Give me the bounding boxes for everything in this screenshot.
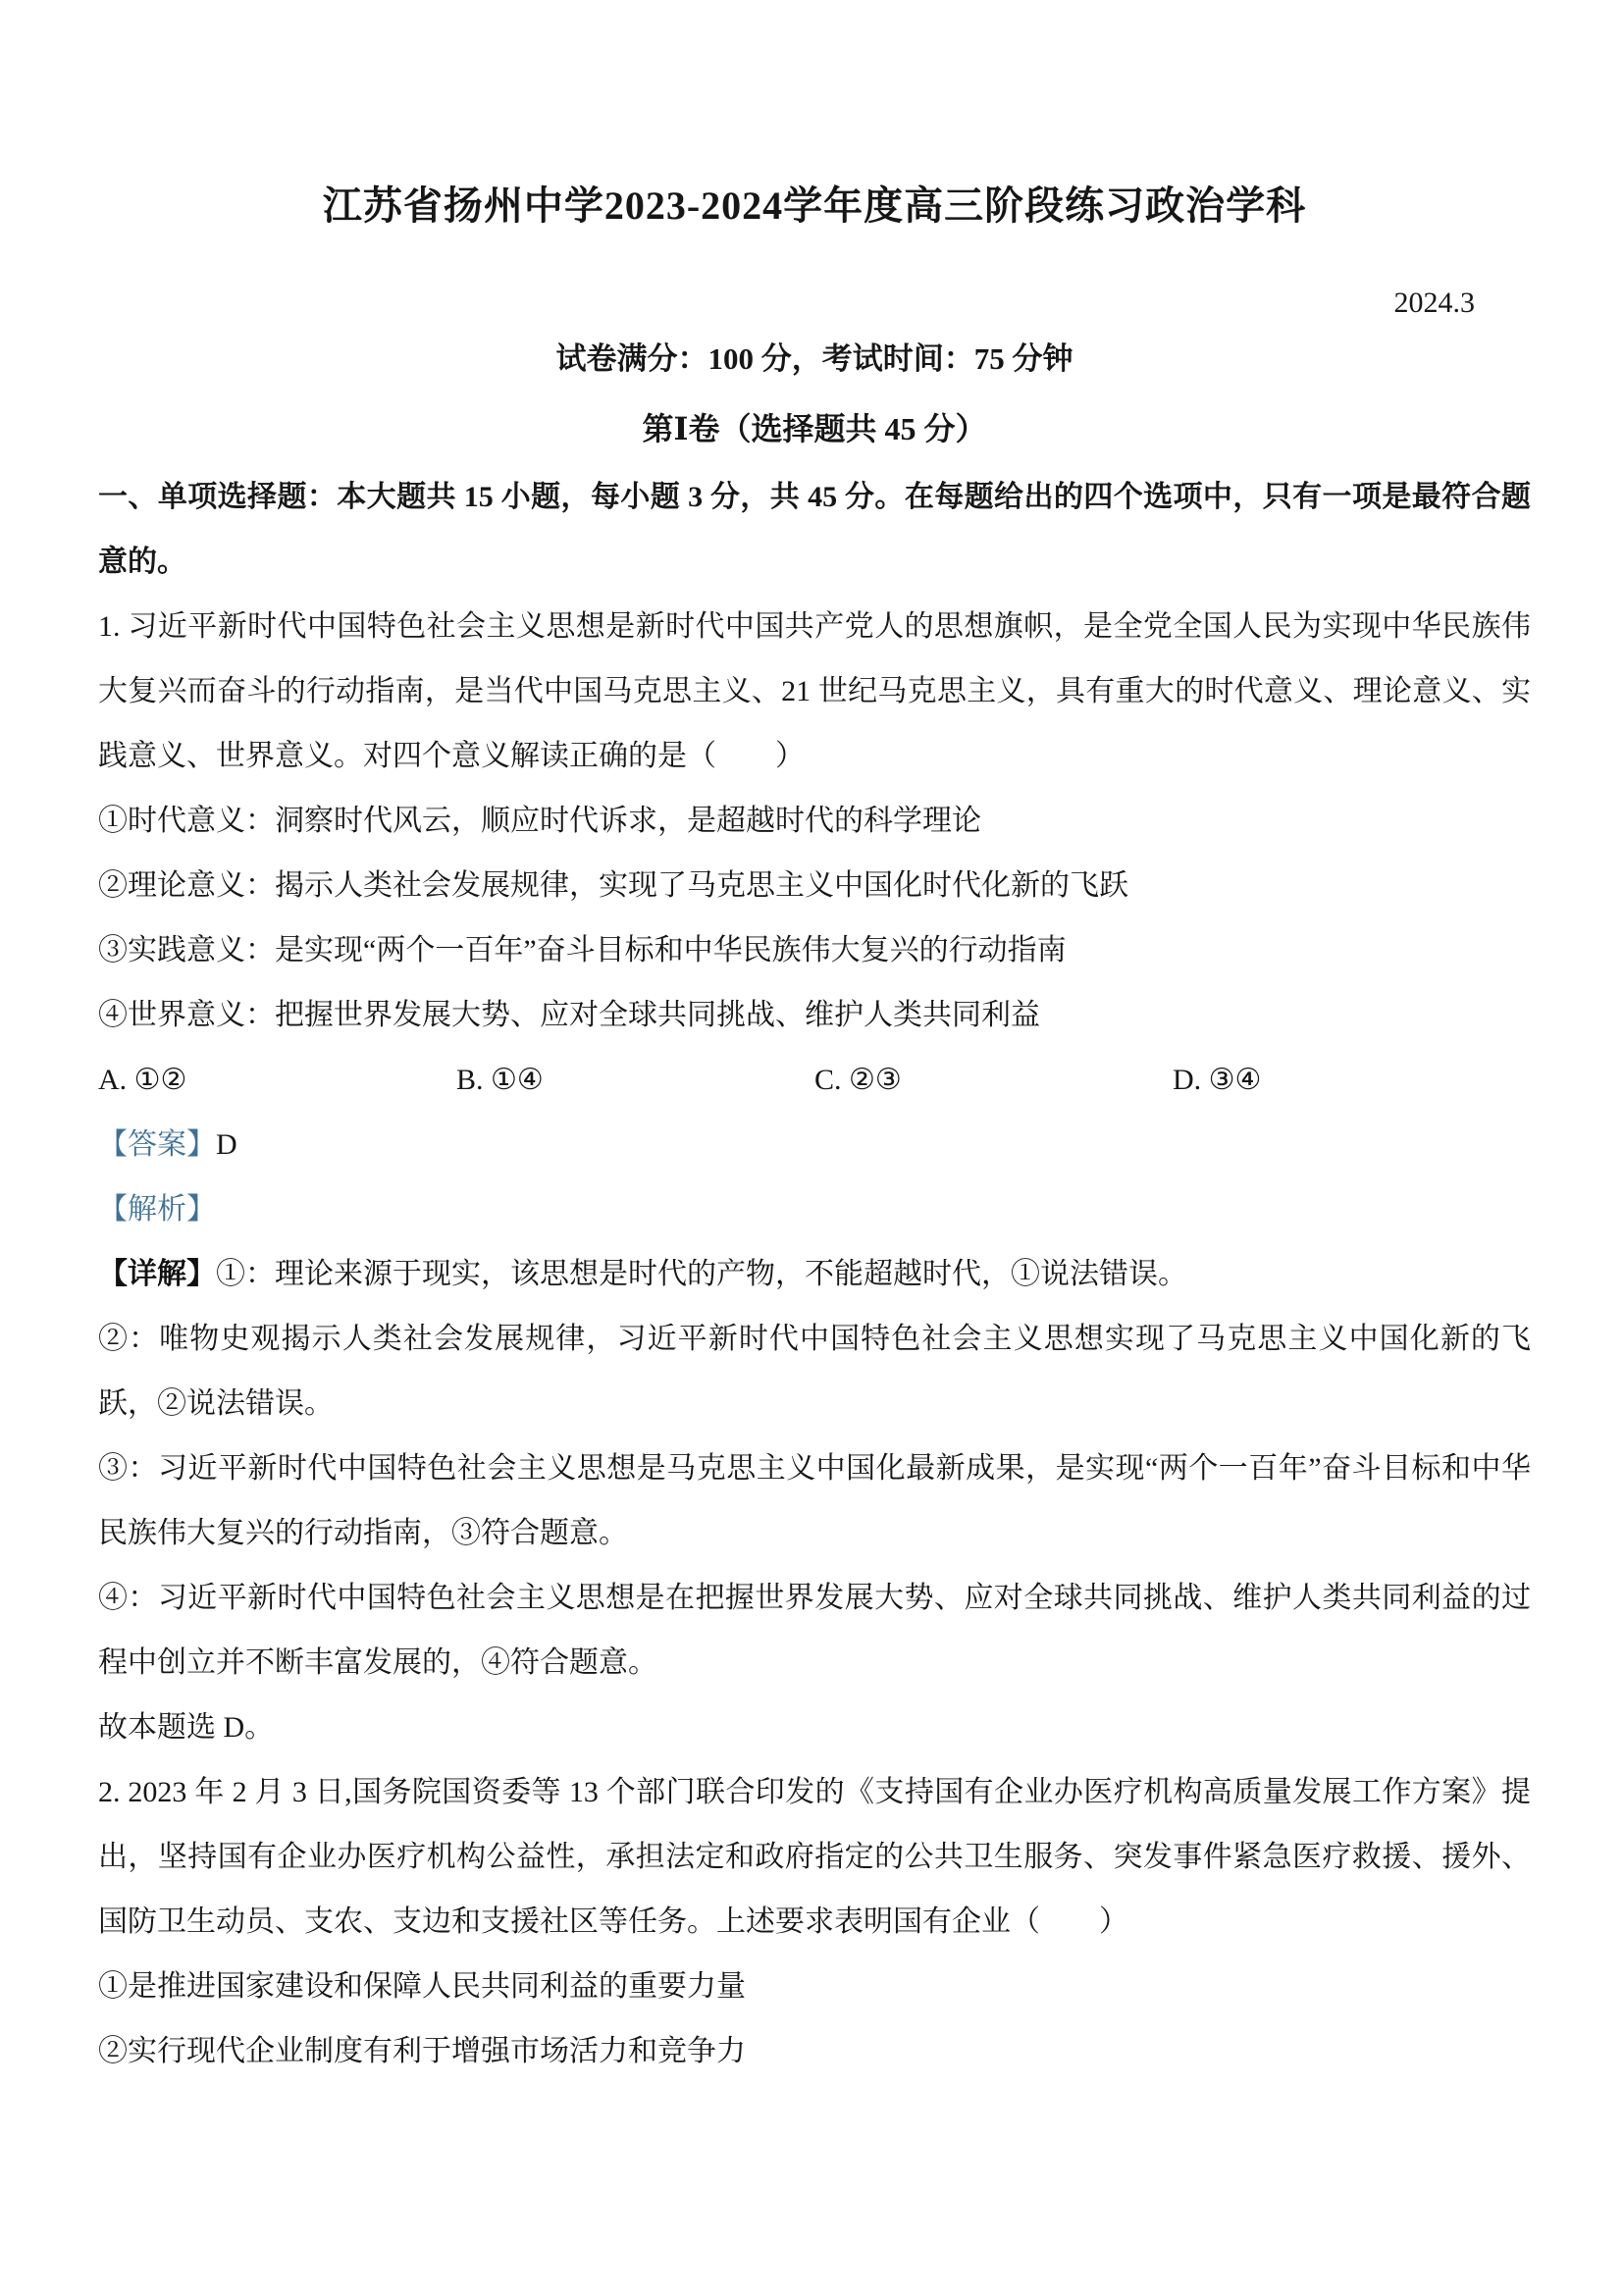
option-b: B. ①④ [456,1048,814,1113]
analysis-line: 【解析】 [98,1177,1531,1242]
answer-line: 【答案】D [98,1113,1531,1177]
option-a: A. ①② [98,1048,456,1113]
option-d: D. ③④ [1173,1048,1531,1113]
detail-conclusion: 故本题选 D。 [98,1696,1531,1760]
detail-paragraph-4: ④：习近平新时代中国特色社会主义思想是在把握世界发展大势、应对全球共同挑战、维护… [98,1566,1531,1696]
detail-paragraph-3: ③：习近平新时代中国特色社会主义思想是马克思主义中国化最新成果，是实现“两个一百… [98,1436,1531,1566]
question-1-item-3: ③实践意义：是实现“两个一百年”奋斗目标和中华民族伟大复兴的行动指南 [98,918,1531,983]
question-2-stem: 2. 2023 年 2 月 3 日,国务院国资委等 13 个部门联合印发的《支持… [98,1760,1531,1955]
exam-date: 2024.3 [98,283,1531,324]
answer-label: 【答案】 [98,1128,216,1161]
question-2-item-1: ①是推进国家建设和保障人民共同利益的重要力量 [98,1955,1531,2019]
detail-label: 【详解】 [98,1258,216,1290]
question-2-item-2: ②实行现代企业制度有利于增强市场活力和竞争力 [98,2019,1531,2084]
exam-paper-page: 江苏省扬州中学2023-2024学年度高三阶段练习政治学科 2024.3 试卷满… [0,0,1623,2296]
part-1-title: 第Ⅰ卷（选择题共 45 分） [98,406,1531,451]
question-1-item-2: ②理论意义：揭示人类社会发展规律，实现了马克思主义中国化时代化新的飞跃 [98,854,1531,918]
question-1-stem: 1. 习近平新时代中国特色社会主义思想是新时代中国共产党人的思想旗帜，是全党全国… [98,595,1531,789]
detail-paragraph-1: 【详解】①：理论来源于现实，该思想是时代的产物，不能超越时代，①说法错误。 [98,1242,1531,1307]
section-1-heading: 一、单项选择题：本大题共 15 小题，每小题 3 分，共 45 分。在每题给出的… [98,465,1531,595]
detail-paragraph-2: ②：唯物史观揭示人类社会发展规律，习近平新时代中国特色社会主义思想实现了马克思主… [98,1307,1531,1436]
question-1-item-4: ④世界意义：把握世界发展大势、应对全球共同挑战、维护人类共同利益 [98,983,1531,1048]
analysis-label: 【解析】 [98,1193,216,1226]
exam-score-time-info: 试卷满分：100 分，考试时间：75 分钟 [98,338,1531,381]
detail-text-1: ①：理论来源于现实，该思想是时代的产物，不能超越时代，①说法错误。 [216,1258,1187,1290]
page-title: 江苏省扬州中学2023-2024学年度高三阶段练习政治学科 [98,179,1531,234]
question-1-options: A. ①② B. ①④ C. ②③ D. ③④ [98,1048,1531,1113]
option-c: C. ②③ [814,1048,1173,1113]
question-1-item-1: ①时代意义：洞察时代风云，顺应时代诉求，是超越时代的科学理论 [98,789,1531,854]
answer-value: D [216,1128,237,1161]
